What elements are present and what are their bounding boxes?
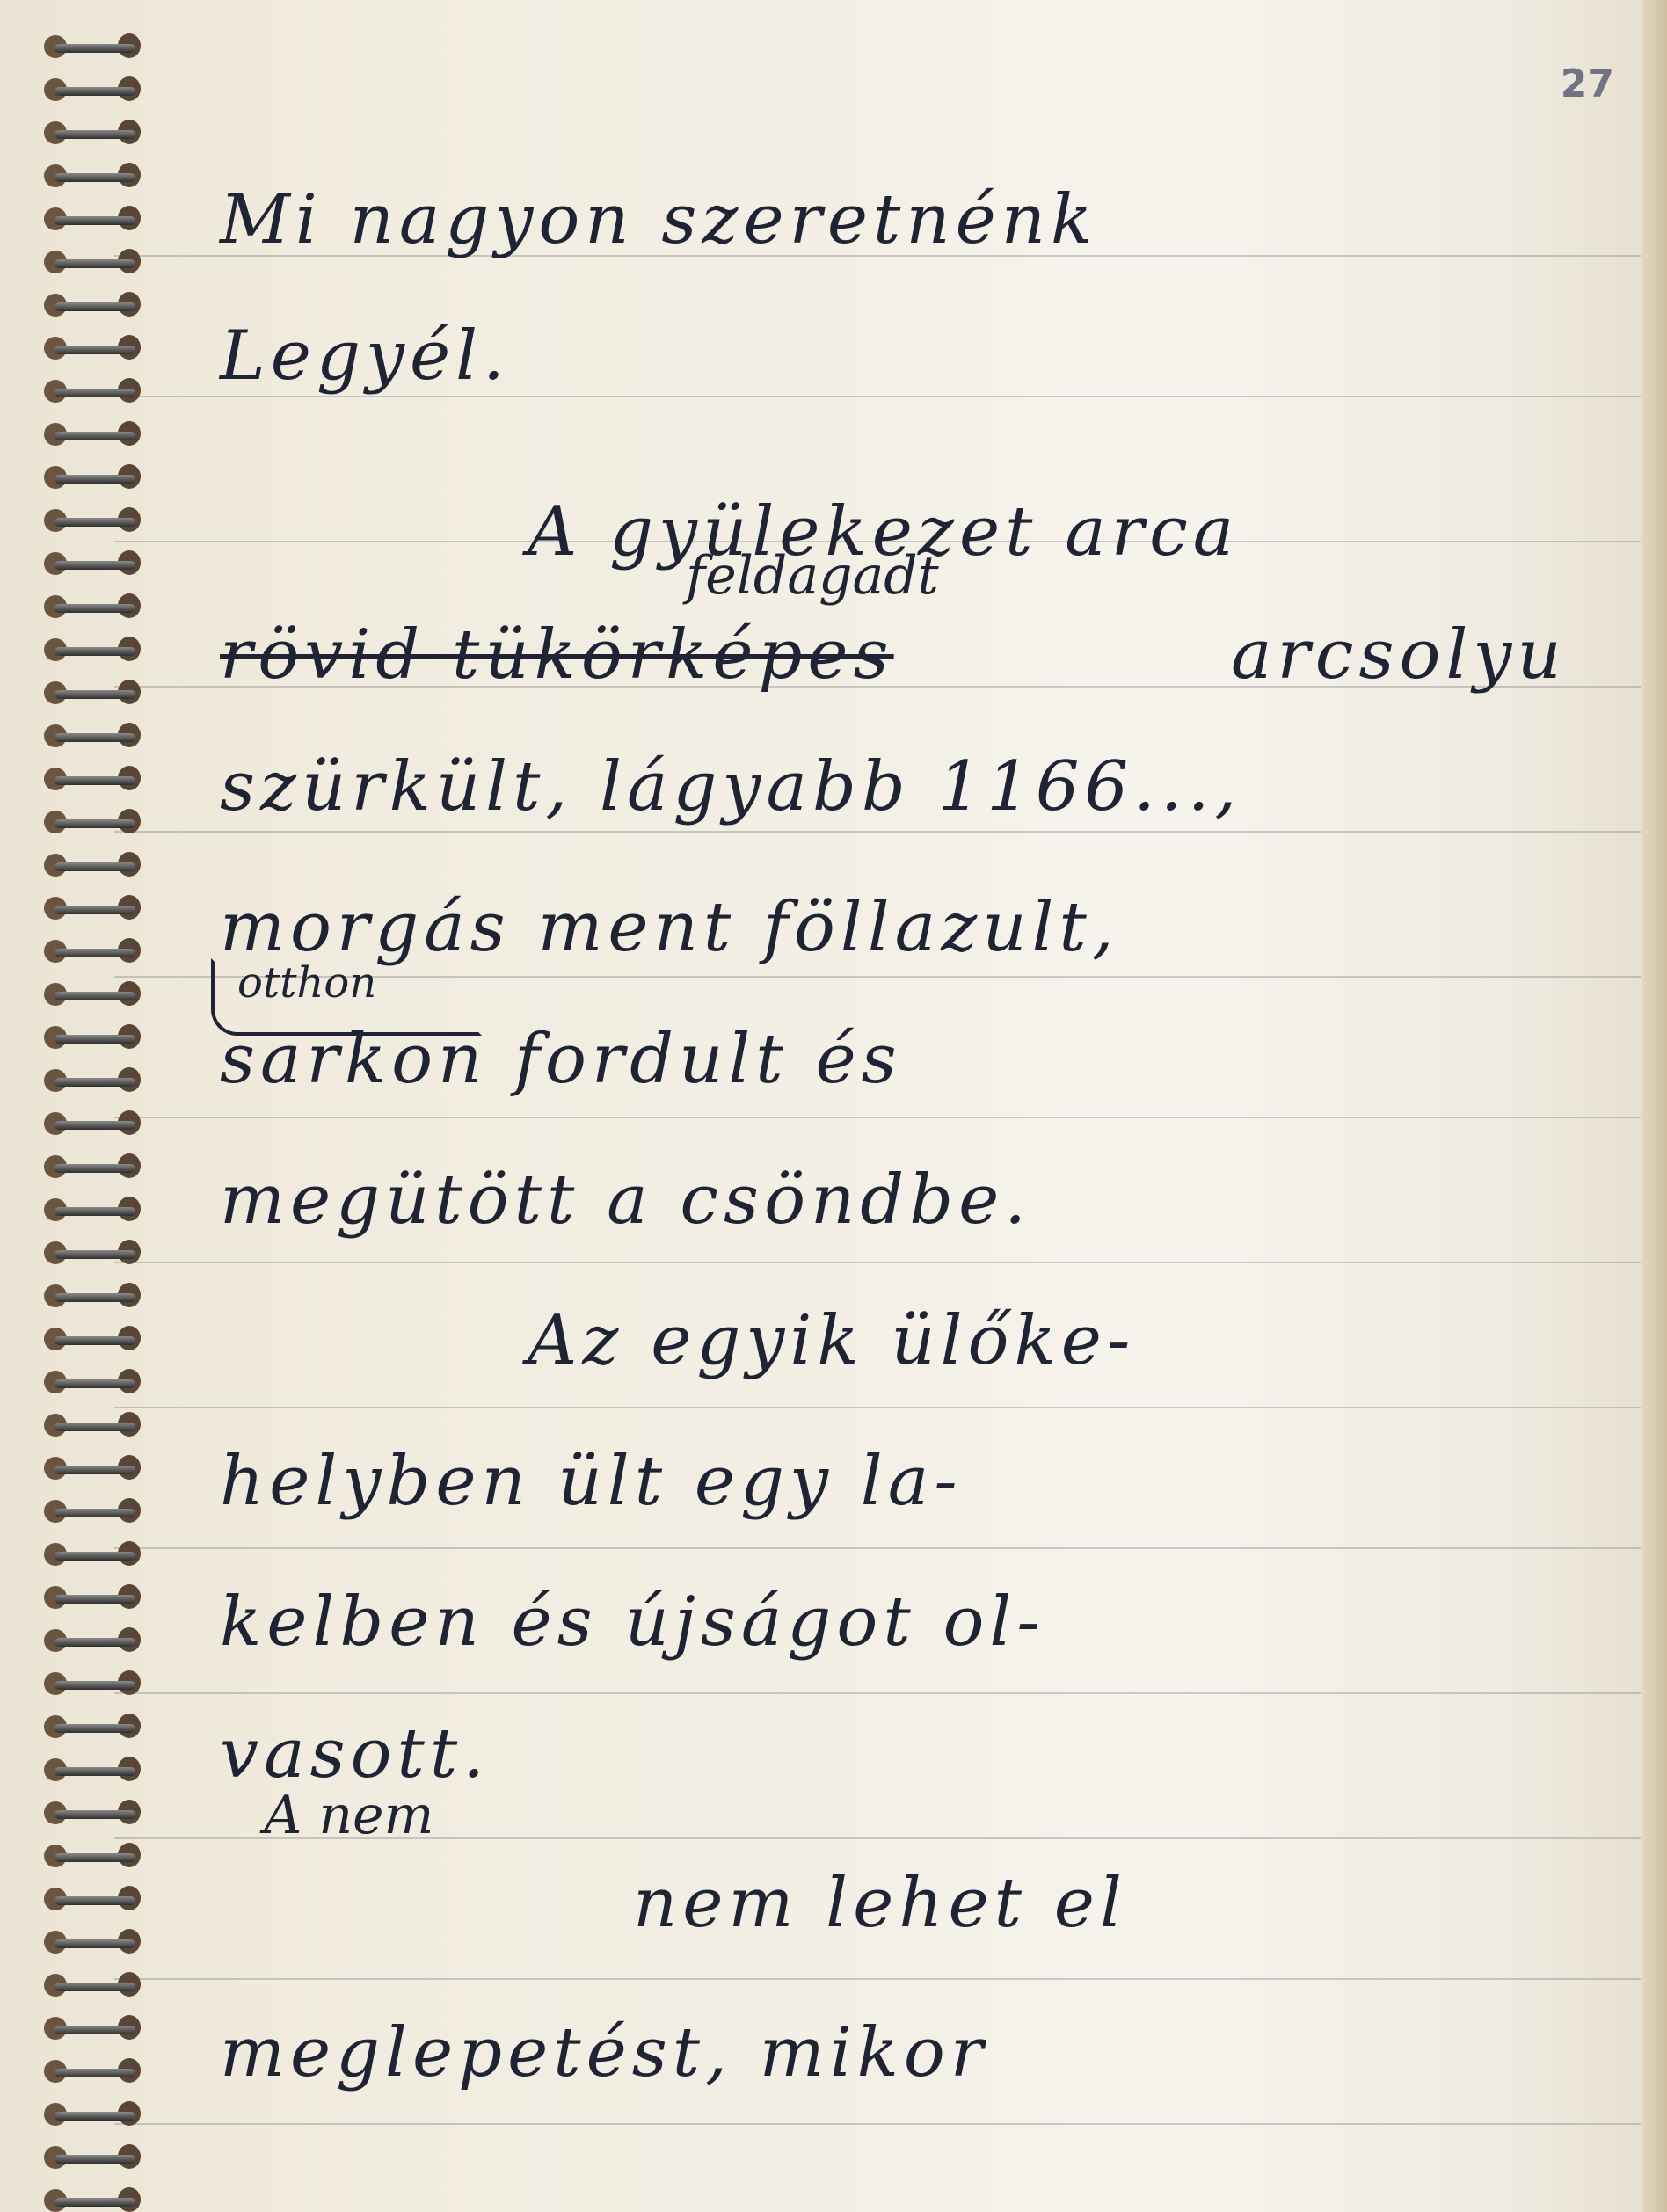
ruled-line (114, 396, 1641, 397)
struck-through-text: rövid tükörképes (220, 615, 894, 695)
spiral-coil (44, 1328, 141, 1350)
spiral-coil (44, 768, 141, 790)
spiral-coil (44, 552, 141, 575)
spiral-coil (44, 1500, 141, 1523)
spiral-coil (44, 1026, 141, 1049)
spiral-coil (44, 1629, 141, 1652)
spiral-coil (44, 423, 141, 446)
handwritten-line: morgás ment föllazult, (220, 888, 1614, 967)
spiral-coil (44, 811, 141, 833)
spiral-coil (44, 121, 141, 144)
handwritten-line: Az egyik ülőke- (528, 1301, 1614, 1380)
spiral-coil (44, 380, 141, 403)
spiral-coil (44, 1931, 141, 1954)
spiral-coil (44, 35, 141, 58)
handwritten-line: nem lehet el (633, 1864, 1614, 1943)
spiral-coil (44, 1715, 141, 1738)
ruled-line (114, 1978, 1641, 1980)
spiral-coil (44, 1801, 141, 1824)
page-stack-edge (1642, 0, 1667, 2212)
spiral-coil (44, 1758, 141, 1781)
spiral-coil (44, 1543, 141, 1566)
ruled-line (114, 1692, 1641, 1694)
spiral-coil (44, 1888, 141, 1910)
handwritten-insertion: feldagadt (686, 545, 939, 607)
handwritten-line: kelben és újságot ol- (220, 1583, 1614, 1662)
spiral-coil (44, 638, 141, 661)
spiral-coil (44, 1414, 141, 1437)
spiral-coil (44, 1241, 141, 1264)
spiral-coil (44, 78, 141, 101)
spiral-coil (44, 2103, 141, 2126)
spiral-coil (44, 1845, 141, 1867)
spiral-coil (44, 294, 141, 317)
ruled-line (114, 831, 1641, 833)
handwritten-line: meglepetést, mikor (220, 2013, 1614, 2092)
handwritten-line: szürkült, lágyabb 1166..., (220, 747, 1614, 826)
notebook-page: 27 Mi nagyon szeretnénk Legyél. A gyülek… (0, 0, 1667, 2212)
spiral-coil (44, 1586, 141, 1609)
spiral-coil (44, 1069, 141, 1092)
ruled-line (114, 2123, 1641, 2125)
page-number: 27 (1561, 62, 1614, 106)
handwritten-insertion: A nem (264, 1785, 433, 1846)
handwritten-line: vasott. (220, 1714, 1614, 1794)
spiral-coil (44, 2017, 141, 2040)
spiral-coil (44, 207, 141, 230)
spiral-coil (44, 1457, 141, 1480)
spiral-coil (44, 983, 141, 1006)
handwritten-line: arcsolyu (1231, 615, 1614, 695)
spiral-coil (44, 1198, 141, 1221)
spiral-coil (44, 1155, 141, 1178)
spiral-coil (44, 1371, 141, 1393)
ruled-line (114, 1262, 1641, 1263)
spiral-coil (44, 2189, 141, 2212)
spiral-coil (44, 164, 141, 187)
spiral-coil (44, 1672, 141, 1695)
spiral-coil (44, 2146, 141, 2169)
spiral-coil (44, 251, 141, 273)
spiral-coil (44, 509, 141, 532)
handwritten-line: helyben ült egy la- (220, 1442, 1614, 1521)
spiral-coil (44, 897, 141, 920)
spiral-coil (44, 595, 141, 618)
spiral-coil (44, 681, 141, 704)
handwritten-line: Legyél. (220, 317, 1614, 396)
spiral-coil (44, 1974, 141, 1997)
ruled-line (114, 1407, 1641, 1408)
handwritten-line: sarkon fordult és (220, 1020, 1614, 1099)
spiral-coil (44, 466, 141, 489)
spiral-binding (35, 18, 141, 2207)
handwritten-line: megütött a csöndbe. (220, 1161, 1614, 1240)
spiral-coil (44, 1284, 141, 1307)
spiral-coil (44, 337, 141, 360)
spiral-coil (44, 940, 141, 963)
ruled-line (114, 1547, 1641, 1549)
spiral-coil (44, 2060, 141, 2083)
spiral-coil (44, 854, 141, 877)
handwritten-line: Mi nagyon szeretnénk (220, 180, 1614, 259)
spiral-coil (44, 724, 141, 747)
spiral-coil (44, 1112, 141, 1135)
ruled-line (114, 1117, 1641, 1118)
